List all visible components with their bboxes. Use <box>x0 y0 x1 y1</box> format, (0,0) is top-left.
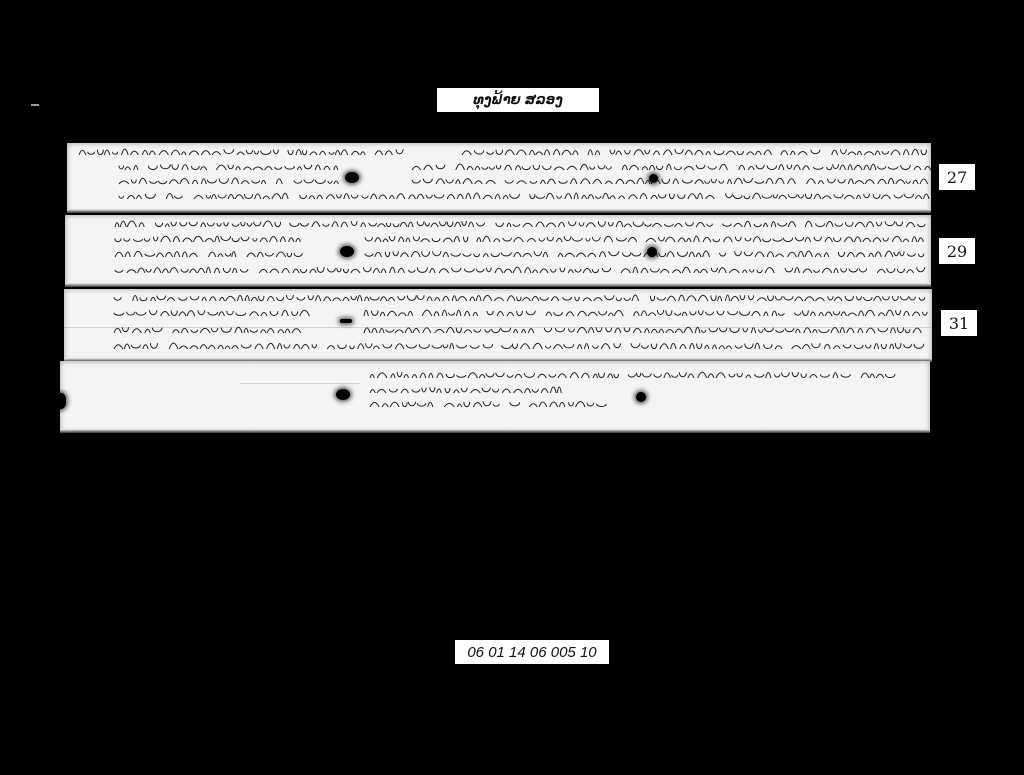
string-hole-right <box>649 174 658 183</box>
string-hole-left <box>336 389 350 400</box>
page-number-tag: 29 <box>939 238 975 264</box>
script-lines <box>67 143 931 213</box>
palm-leaf-colophon <box>60 361 930 433</box>
script-lines <box>60 361 930 433</box>
palm-leaf-page-27 <box>67 143 931 213</box>
script-lines <box>64 289 932 362</box>
leaf-edge <box>67 209 931 213</box>
leaf-edge <box>60 429 930 433</box>
string-hole-right <box>647 247 657 257</box>
manuscript-title-label: ທຸງຟ້າຍ ສລອງ <box>437 88 599 112</box>
archive-id-label: 06 01 14 06 005 10 <box>455 640 609 664</box>
string-hole-left <box>345 172 359 183</box>
leaf-edge <box>65 283 931 287</box>
string-hole-left <box>340 319 352 323</box>
scan-speck <box>31 104 39 106</box>
palm-leaf-page-29 <box>65 215 931 287</box>
palm-leaf-page-31 <box>64 289 932 362</box>
script-lines <box>65 215 931 287</box>
string-hole-right <box>636 392 646 402</box>
page-number-tag: 31 <box>941 310 977 336</box>
string-hole-left <box>340 246 354 257</box>
page-number-tag: 27 <box>939 164 975 190</box>
